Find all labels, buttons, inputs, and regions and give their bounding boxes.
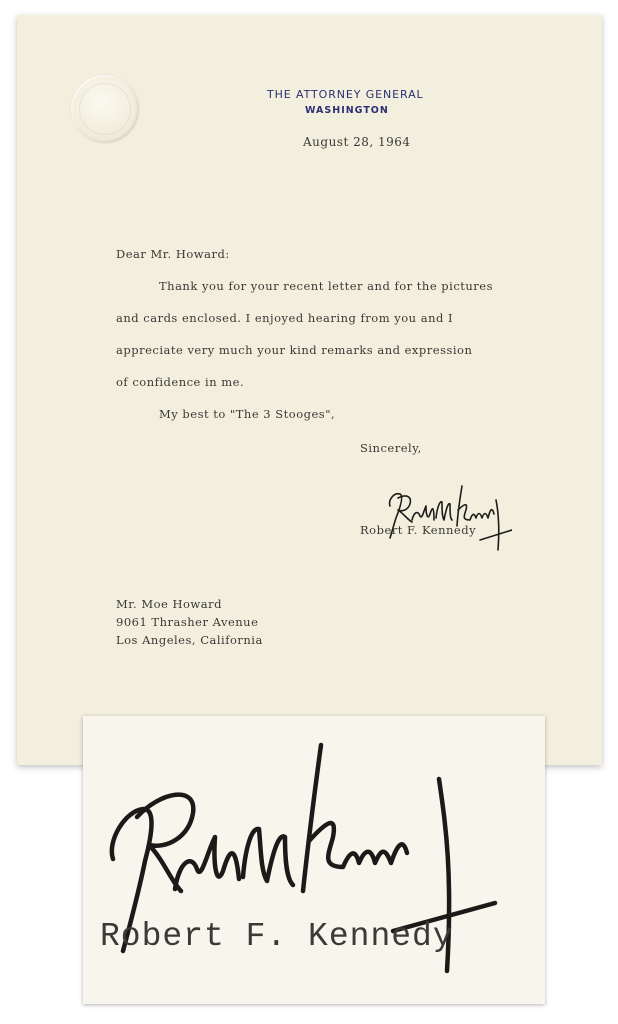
inset-signer-name: Robert F. Kennedy bbox=[100, 918, 454, 955]
body-line-1: Thank you for your recent letter and for… bbox=[159, 279, 493, 293]
body-line-4: of confidence in me. bbox=[116, 375, 244, 389]
body-line-2: and cards enclosed. I enjoyed hearing fr… bbox=[116, 311, 453, 325]
letter-date: August 28, 1964 bbox=[303, 135, 411, 149]
recipient-name: Mr. Moe Howard bbox=[116, 597, 222, 611]
letter-page: THE ATTORNEY GENERAL WASHINGTON August 2… bbox=[17, 15, 602, 765]
body-line-5: My best to "The 3 Stooges", bbox=[159, 407, 335, 421]
recipient-city: Los Angeles, California bbox=[116, 633, 263, 647]
embossed-seal-icon bbox=[71, 75, 139, 143]
salutation: Dear Mr. Howard: bbox=[116, 247, 230, 261]
signature-enlarged-icon bbox=[103, 741, 523, 1001]
body-line-3: appreciate very much your kind remarks a… bbox=[116, 343, 472, 357]
signature-detail-inset: Robert F. Kennedy bbox=[83, 716, 545, 1004]
closing: Sincerely, bbox=[360, 441, 422, 455]
recipient-street: 9061 Thrasher Avenue bbox=[116, 615, 258, 629]
letterhead-location: WASHINGTON bbox=[305, 105, 389, 116]
letterhead-title: THE ATTORNEY GENERAL bbox=[267, 88, 424, 101]
signer-name: Robert F. Kennedy bbox=[360, 523, 476, 537]
